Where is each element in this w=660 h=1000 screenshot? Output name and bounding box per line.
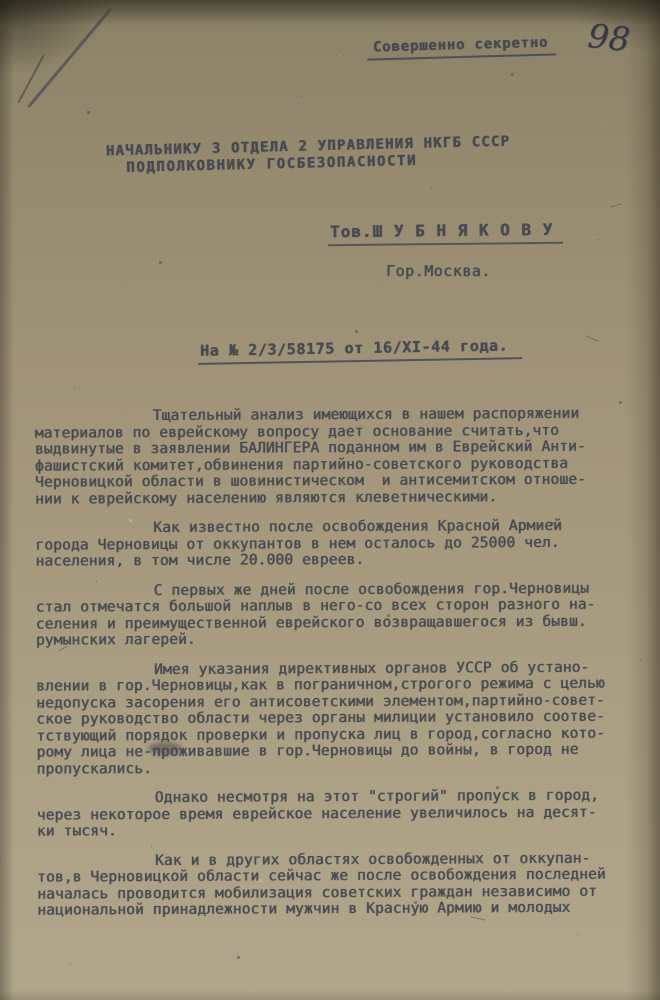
paragraph-1: Тщательный анализ имеющихся в нашем расп… (35, 405, 648, 507)
page-number-handwritten: 98 (586, 16, 632, 59)
document-body: Тщательный анализ имеющихся в нашем расп… (35, 405, 650, 932)
city-line: Гор.Москва. (386, 262, 491, 280)
paragraph-2: Как известно после освобождения Красной … (35, 517, 647, 570)
recipient-name: Тов.Ш У Б Н Я К О В У (328, 220, 564, 246)
paragraph-5: Однако несмотря на этот "строгий" пропус… (37, 787, 649, 840)
paper-specks (0, 0, 1, 1)
document-photo: Совершенно секретно 98 НАЧАЛЬНИКУ 3 ОТДЕ… (0, 0, 660, 1000)
paragraph-3: С первых же дней после освобождения гор.… (36, 580, 648, 649)
paragraph-4: Имея указания директивных органов УССР о… (36, 659, 649, 778)
paragraph-6: Как и в других областях освобожденных от… (37, 850, 649, 919)
